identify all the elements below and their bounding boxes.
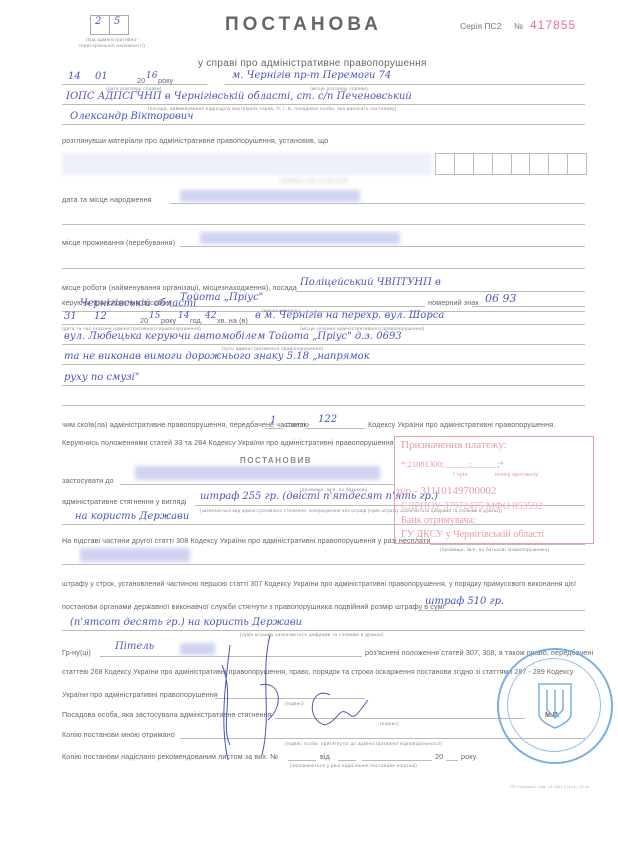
offense-essence-line-3: руху по смузі" — [64, 372, 139, 383]
enforcement-person-caption: (прізвище, ім'я, по батькові правопорушн… — [440, 547, 549, 552]
document-title: ПОСТАНОВА — [225, 14, 382, 36]
payment-recipient-label: Банк отримувача: — [401, 515, 476, 526]
offense-minute-label: хв. на (в) — [217, 316, 248, 325]
offense-minute: 42 — [205, 311, 216, 321]
article-label: статті — [286, 420, 305, 429]
officer-line-1: ІОПС АДПСГЧНП в Чернігівській області, с… — [66, 91, 412, 102]
offense-day: 31 — [64, 311, 77, 322]
person-name-redacted — [62, 153, 432, 175]
apply-value-redacted — [135, 466, 380, 480]
admin-code-caption: (код адміністративно-територіальної нале… — [70, 37, 154, 49]
penalty-label: адміністративне стягнення у вигляді — [62, 497, 187, 506]
mailed-year-prefix: 20 — [435, 752, 443, 761]
number-sign: № — [514, 21, 523, 31]
enforcement-line-3: постанови органами державної виконавчої … — [62, 602, 444, 611]
birth-label: дата та місце народження — [62, 195, 152, 204]
payment-stamp: Призначення платежу: *;21081300;______;_… — [394, 436, 594, 544]
received-label: Копію постанови мною отримано — [62, 730, 175, 739]
review-year-prefix: 20 — [137, 76, 145, 85]
work-value-line-1: Поліцейський ЧВПТУНП в — [300, 277, 441, 288]
signature-scribbles — [190, 625, 380, 765]
guided-text: Керуючись положеннями статей 33 та 284 К… — [62, 438, 396, 447]
payment-edrpou-mfo: ЄДРПОУ 37972475 МФО 853592 — [401, 501, 542, 512]
admin-code-digit-1: 2 — [95, 16, 101, 27]
work-label: місце роботи (найменування організації, … — [62, 283, 297, 292]
admin-code-box-2: 5 — [109, 15, 129, 35]
offense-essence-line-1: вул. Любецька керуючи автомобілем Тойота… — [64, 331, 402, 342]
article-part: 1 — [270, 415, 276, 426]
payment-code-line: *;21081300;______;______;* — [401, 459, 504, 469]
residence-value-redacted — [200, 232, 400, 244]
official-sign-caption: (підпис) — [380, 721, 399, 726]
payment-account: р/р - 31110149700002 — [397, 485, 496, 497]
review-year-suffix: 16 — [146, 71, 157, 81]
payment-title: Призначення платежу: — [401, 439, 507, 451]
decision-heading: ПОСТАНОВИВ — [240, 456, 312, 465]
article-number: 122 — [318, 414, 337, 425]
admin-code-digit-2: 5 — [114, 16, 120, 27]
offense-hour: 14 — [178, 311, 189, 321]
article-suffix: Кодексу України про адміністративні прав… — [368, 420, 555, 429]
offense-essence-line-2: та не виконав вимоги дорожнього знаку 5.… — [64, 351, 370, 362]
payment-caption-number: номер протоколу — [495, 472, 538, 478]
review-day: 14 — [68, 71, 81, 82]
mailed-year-label: року. — [461, 752, 478, 761]
plate-value: 06 93 — [485, 292, 517, 305]
officer-line-2: Олександр Вікторович — [70, 111, 193, 122]
birth-value-redacted — [180, 190, 360, 202]
enforcement-line-2: штрафу у строк, установлений частиною пе… — [62, 581, 576, 588]
offense-year-label: року — [161, 316, 176, 325]
review-month: 01 — [95, 71, 108, 82]
official-round-stamp — [497, 648, 613, 764]
double-fine-value: штраф 510 гр. — [425, 596, 504, 607]
enforcement-line-1: На підставі частини другої статті 308 Ко… — [62, 536, 430, 545]
enforcement-person-redacted — [80, 548, 190, 562]
review-place: м. Чернігів пр-т Перемоги 74 — [232, 70, 391, 81]
name-caption: (прізвище, ім'я, по батькові) — [280, 178, 348, 183]
citizen-label: Гр-ну(ці) — [62, 648, 91, 657]
offense-year-prefix: 20 — [140, 316, 148, 325]
document-subtitle: у справі про адміністративне правопоруше… — [198, 58, 427, 69]
name-letter-boxes — [435, 153, 587, 175]
trident-emblem-icon — [535, 680, 575, 730]
document-number: 417855 — [530, 18, 576, 32]
review-year-label: року — [158, 76, 173, 85]
vehicle-label: керуючи транспортним засобом — [62, 298, 171, 307]
offense-month: 12 — [94, 311, 107, 322]
offense-place: в м. Чернігів на перехр. вул. Шорса — [255, 310, 444, 321]
vehicle-model: Тойота „Пріус" — [180, 292, 263, 303]
penalty-value-line-2: на користь Держави — [75, 511, 189, 522]
footer-note: ПП «Украина» Зам. 14-0351 2014 р. 30 шт. — [510, 785, 591, 789]
series-label: Серія ПС2 — [460, 21, 501, 31]
apply-label: застосувати до — [62, 476, 114, 485]
admin-code-box-1: 2 — [90, 15, 110, 35]
payment-caption-series: Серія — [453, 472, 467, 478]
citizen-value: Пітель — [115, 641, 154, 652]
offense-hour-label: год. — [190, 316, 203, 325]
intro-text: розглянувши матеріали про адміністративн… — [62, 136, 328, 145]
offense-year-suffix: 15 — [149, 311, 160, 321]
residence-label: місце проживання (перебування) — [62, 238, 175, 247]
